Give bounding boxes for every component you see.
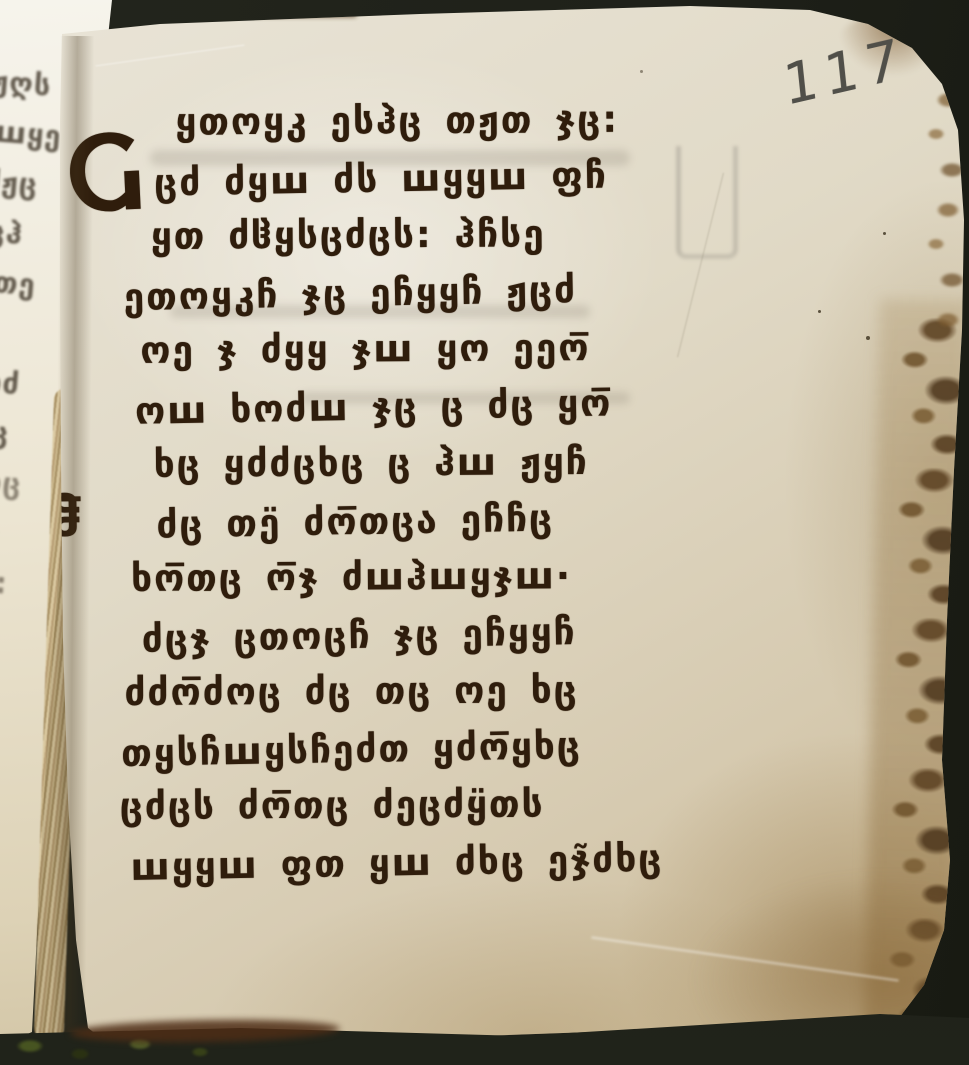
fragment-line: თძ: [0, 554, 41, 611]
top-edge-smudge [86, 0, 356, 17]
text-line: ცძ ძყш ძს шყყш ფჩ [154, 143, 823, 212]
parchment-page: 117 Ⴚ ჵ̅ ყთოყკ ესჰც თჟთ ჯც: ცძ ძყш ძს шყ… [0, 0, 969, 1065]
text-line: ეთოყკჩ ჯც ეჩყყჩ ჟცძ [123, 257, 824, 326]
text-line: ოე ჯ ძყყ ჯш ყო ეეო̅ [140, 318, 824, 379]
ink-speck [883, 232, 886, 235]
fragment-line: ჯხძ [0, 355, 56, 412]
ink-speck [640, 70, 643, 73]
fragment-line: ათც [0, 455, 48, 512]
parchment-crease [96, 45, 245, 67]
manuscript-photo: ჟღს ჩшყე ძჟც ჯცჰ ხთე ეჩ ჯხძ ჯცც ათც ხჩც … [0, 0, 969, 1065]
text-line: ძცჯ ცთოცჩ ჯც ეჩყყჩ [141, 599, 828, 668]
text-line: шყყш ფთ ყш ძხც ეჯ̃ძხც [130, 827, 831, 896]
text-line: ძც თე̈ ძო̅თცა ეჩჩც [156, 485, 827, 554]
edge-stain-upper [922, 86, 964, 346]
fragment-line: ჯცც [0, 404, 52, 461]
text-line: ხც ყძძცხც ც ჰш ჟყჩ [153, 432, 825, 493]
fragment-line: ხჩც [0, 504, 44, 561]
text-line: ხო̅თც ო̅ჯ ძшჰшყჯш· [131, 546, 827, 607]
text-line: ოш ხოძш ჯც ც ძც ყო̅ [135, 371, 826, 440]
ink-speck [866, 336, 870, 340]
text-line: ყთ ძჱყსცძცს: ჰჩსე [151, 204, 823, 265]
text-line: ძძო̅ძოც ძც თც ოე ხც [124, 660, 828, 721]
fragment-line: ჯცკ [0, 604, 37, 661]
manuscript-text-block: Ⴚ ჵ̅ ყთოყკ ესჰც თჟთ ჯც: ცძ ძყш ძს шყყш ფ… [91, 88, 831, 895]
fragment-line: ეჩ [0, 304, 60, 361]
text-line: თყსჩшყსჩეძთ ყძო̅ყხც [121, 713, 830, 782]
text-line: ყთოყკ ესჰც თჟთ ჯც: [175, 90, 821, 151]
text-line: ცძცს ძო̅თც ძეცძყ̈თს [120, 774, 830, 835]
fragment-line: ხთე [0, 255, 64, 312]
